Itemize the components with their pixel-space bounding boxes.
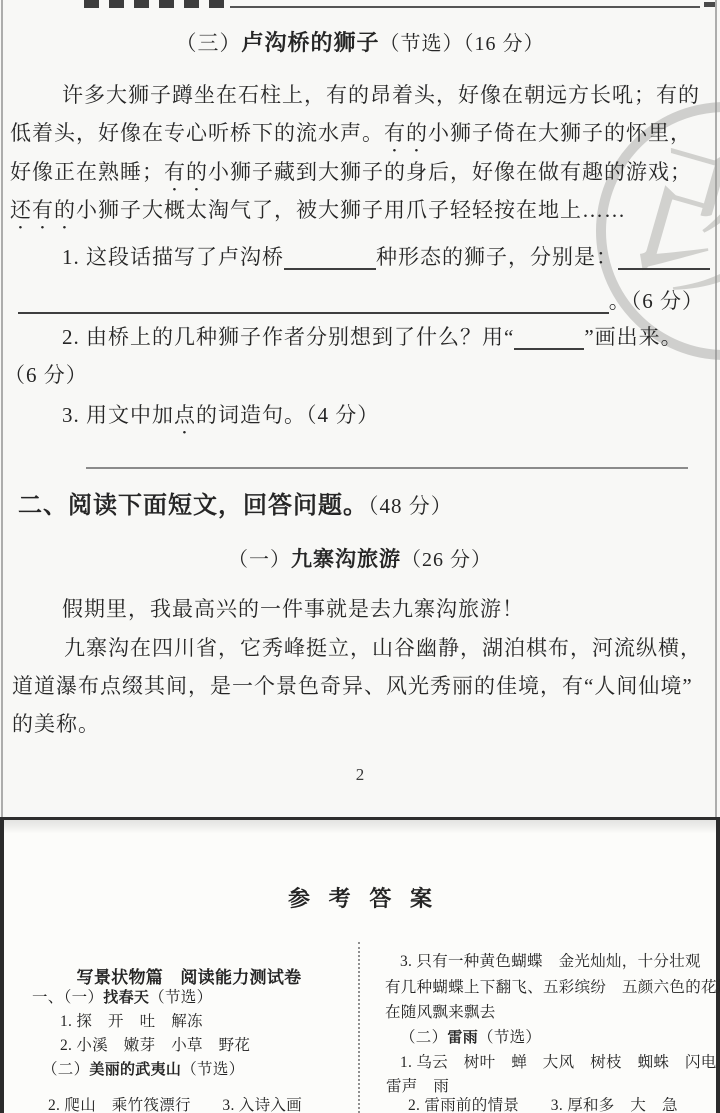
clipped-text-fragments xyxy=(84,0,230,8)
answer-line: 3. 只有一种黄色蝴蝶 金光灿灿，十分壮观 xyxy=(400,952,701,972)
passage-line: 道道瀑布点缀其间，是一个景色奇异、风光秀丽的佳境，有“人间仙境” xyxy=(12,673,693,699)
passage-text: 低着头，好像在专心听桥下的流水声。 xyxy=(10,121,384,145)
answer-text: （节选） xyxy=(478,1029,541,1046)
passage-line: 假期里，我最高兴的一件事就是去九寨沟旅游！ xyxy=(62,596,524,622)
passage-line: 低着头，好像在专心听桥下的流水声。有的小狮子倚在大狮子的怀里， xyxy=(10,120,692,157)
heading-text: 二、阅读下面短文，回答问题。 xyxy=(18,492,368,519)
passage-text: 许多大狮子蹲坐在石柱上，有的昂着头，好像在朝远方长吼；有的 xyxy=(62,83,700,107)
scan-edge-shadow xyxy=(0,820,720,834)
answer-line: 2. 爬山 乘竹筏漂行 3. 入诗入画 xyxy=(48,1096,302,1113)
scanned-test-paper: 改 （三）卢沟桥的狮子（节选）（16 分） 许多大狮子蹲坐在石柱上，有的昂着头，… xyxy=(0,0,720,1113)
question-text: ”画出来。 xyxy=(584,324,682,350)
fill-in-blank xyxy=(284,248,376,270)
answer-text: （二） xyxy=(42,1061,89,1078)
column-divider-dotted xyxy=(358,942,360,1113)
answer-line: 在随风飘来飘去 xyxy=(385,1003,496,1023)
emphasized-word: 点 xyxy=(174,403,196,427)
question-text: 3. 用文中加 xyxy=(62,403,174,427)
question-2: 2. 由桥上的几种狮子作者分别想到了什么？用“ ”画出来。 xyxy=(62,324,683,350)
section-2-heading: 二、阅读下面短文，回答问题。（48 分） xyxy=(18,493,453,519)
book-left-edge xyxy=(0,820,4,1113)
question-3: 3. 用文中加点的词造句。（4 分） xyxy=(62,402,379,439)
score-label: （6 分） xyxy=(4,363,88,387)
clipped-text-fragment xyxy=(704,2,715,7)
passage-line: 九寨沟在四川省，它秀峰挺立，山谷幽静，湖泊棋布，河流纵横， xyxy=(12,635,702,661)
passage-text: 小狮子藏到大狮子的身后，好像在做有趣的游戏； xyxy=(208,160,692,184)
question-text: 1. 这段话描写了卢沟桥 xyxy=(62,244,284,270)
passage-title: （三）卢沟桥的狮子（节选）（16 分） xyxy=(0,30,720,57)
passage-line: 还有的小狮子大概太淘气了，被大狮子用爪子轻轻按在地上…… xyxy=(10,197,626,234)
question-text: 2. 由桥上的几种狮子作者分别想到了什么？用“ xyxy=(62,324,514,350)
title-score: （26 分） xyxy=(401,549,492,571)
answer-blank-line xyxy=(230,6,700,8)
fill-in-blank xyxy=(618,248,710,270)
question-text: 的词造句。（4 分） xyxy=(196,403,379,427)
question-2-score: （6 分） xyxy=(4,362,88,388)
passage-line: 的美称。 xyxy=(12,711,100,737)
passage-text: 道道瀑布点缀其间，是一个景色奇异、风光秀丽的佳境，有“人间仙境” xyxy=(12,674,693,698)
passage-text: 假期里，我最高兴的一件事就是去九寨沟旅游！ xyxy=(62,597,524,621)
answer-text: 有几种蝴蝶上下翻飞、五彩缤纷 五颜六色的花瓣 xyxy=(385,979,720,996)
answer-line: 有几种蝴蝶上下翻飞、五彩缤纷 五颜六色的花瓣 xyxy=(385,978,720,998)
question-text: 种形态的狮子，分别是： xyxy=(376,244,618,270)
answer-text: 3. 只有一种黄色蝴蝶 金光灿灿，十分壮观 xyxy=(400,953,701,970)
answer-text: （二） xyxy=(400,1029,447,1046)
answer-text: 2. 爬山 乘竹筏漂行 3. 入诗入画 xyxy=(48,1097,302,1113)
passage-line: 好像正在熟睡；有的小狮子藏到大狮子的身后，好像在做有趣的游戏； xyxy=(10,159,692,196)
answer-text: 在随风飘来飘去 xyxy=(385,1004,496,1021)
answer-subtitle: 找春天 xyxy=(103,989,149,1006)
answer-line: 2. 小溪 嫩芽 小草 野花 xyxy=(60,1036,250,1056)
answer-key-page: 参考答案 写景状物篇 阅读能力测试卷 一、（一）找春天（节选） 1. 探 开 吐… xyxy=(0,820,720,1113)
fill-in-blank xyxy=(18,292,609,314)
score-label: 。（6 分） xyxy=(609,288,704,314)
passage-text: 的美称。 xyxy=(12,712,100,736)
question-1-answer-line: 。（6 分） xyxy=(18,288,704,314)
clipped-top-line xyxy=(0,0,720,12)
passage-text: 好像正在熟睡； xyxy=(10,160,164,184)
answer-text: 2. 雷雨前的情景 3. 厚和多 大 急 xyxy=(408,1097,678,1113)
page-left-edge xyxy=(1,0,3,817)
emphasized-word: 有的 xyxy=(164,160,208,184)
passage-text: 九寨沟在四川省，它秀峰挺立，山谷幽静，湖泊棋布，河流纵横， xyxy=(64,636,702,660)
heading-score: （48 分） xyxy=(368,494,453,518)
test-paper-page: 改 （三）卢沟桥的狮子（节选）（16 分） 许多大狮子蹲坐在石柱上，有的昂着头，… xyxy=(0,0,720,817)
answer-text: （节选） xyxy=(181,1061,244,1078)
passage-line: 许多大狮子蹲坐在石柱上，有的昂着头，好像在朝远方长吼；有的 xyxy=(10,82,700,108)
answer-subtitle: 雷雨 xyxy=(447,1029,478,1046)
answer-line: （二）美丽的武夷山（节选） xyxy=(42,1060,244,1080)
answer-subtitle: 美丽的武夷山 xyxy=(89,1061,181,1078)
answer-line: 1. 乌云 树叶 蝉 大风 树枝 蜘蛛 闪电 xyxy=(400,1053,717,1073)
title-prefix: （三） xyxy=(175,31,241,55)
answer-text: 1. 乌云 树叶 蝉 大风 树枝 蜘蛛 闪电 xyxy=(400,1054,717,1071)
answer-text: 2. 小溪 嫩芽 小草 野花 xyxy=(60,1037,250,1054)
page-number: 2 xyxy=(0,765,720,785)
question-1: 1. 这段话描写了卢沟桥 种形态的狮子，分别是： xyxy=(62,244,710,270)
passage-text: 小狮子大概太淘气了，被大狮子用爪子轻轻按在地上…… xyxy=(76,198,626,222)
emphasized-word: 还有的 xyxy=(10,198,76,222)
answers-title: 参考答案 xyxy=(0,882,720,913)
answer-line: 1. 探 开 吐 解冻 xyxy=(60,1012,203,1032)
answer-text: 1. 探 开 吐 解冻 xyxy=(60,1013,203,1030)
answer-line: 2. 雷雨前的情景 3. 厚和多 大 急 xyxy=(408,1096,678,1113)
title-score: （节选）（16 分） xyxy=(380,33,545,55)
title-main: 卢沟桥的狮子 xyxy=(241,30,379,55)
section-divider-line xyxy=(86,467,688,469)
title-prefix: （一） xyxy=(228,549,291,571)
subsection-title: （一）九寨沟旅游（26 分） xyxy=(0,546,720,573)
answers-section-header: 写景状物篇 阅读能力测试卷 xyxy=(30,968,348,988)
answer-line: （二）雷雨（节选） xyxy=(400,1028,541,1048)
answer-text: 一、（一） xyxy=(32,989,103,1006)
emphasized-word: 有的 xyxy=(384,121,428,145)
fill-in-blank xyxy=(514,328,584,350)
passage-text: 小狮子倚在大狮子的怀里， xyxy=(428,121,692,145)
answer-line: 雷声 雨 xyxy=(386,1077,449,1097)
answer-line: 一、（一）找春天（节选） xyxy=(32,988,212,1008)
answer-text: （节选） xyxy=(149,989,212,1006)
title-main: 九寨沟旅游 xyxy=(291,547,401,571)
answer-text: 雷声 雨 xyxy=(386,1078,449,1095)
